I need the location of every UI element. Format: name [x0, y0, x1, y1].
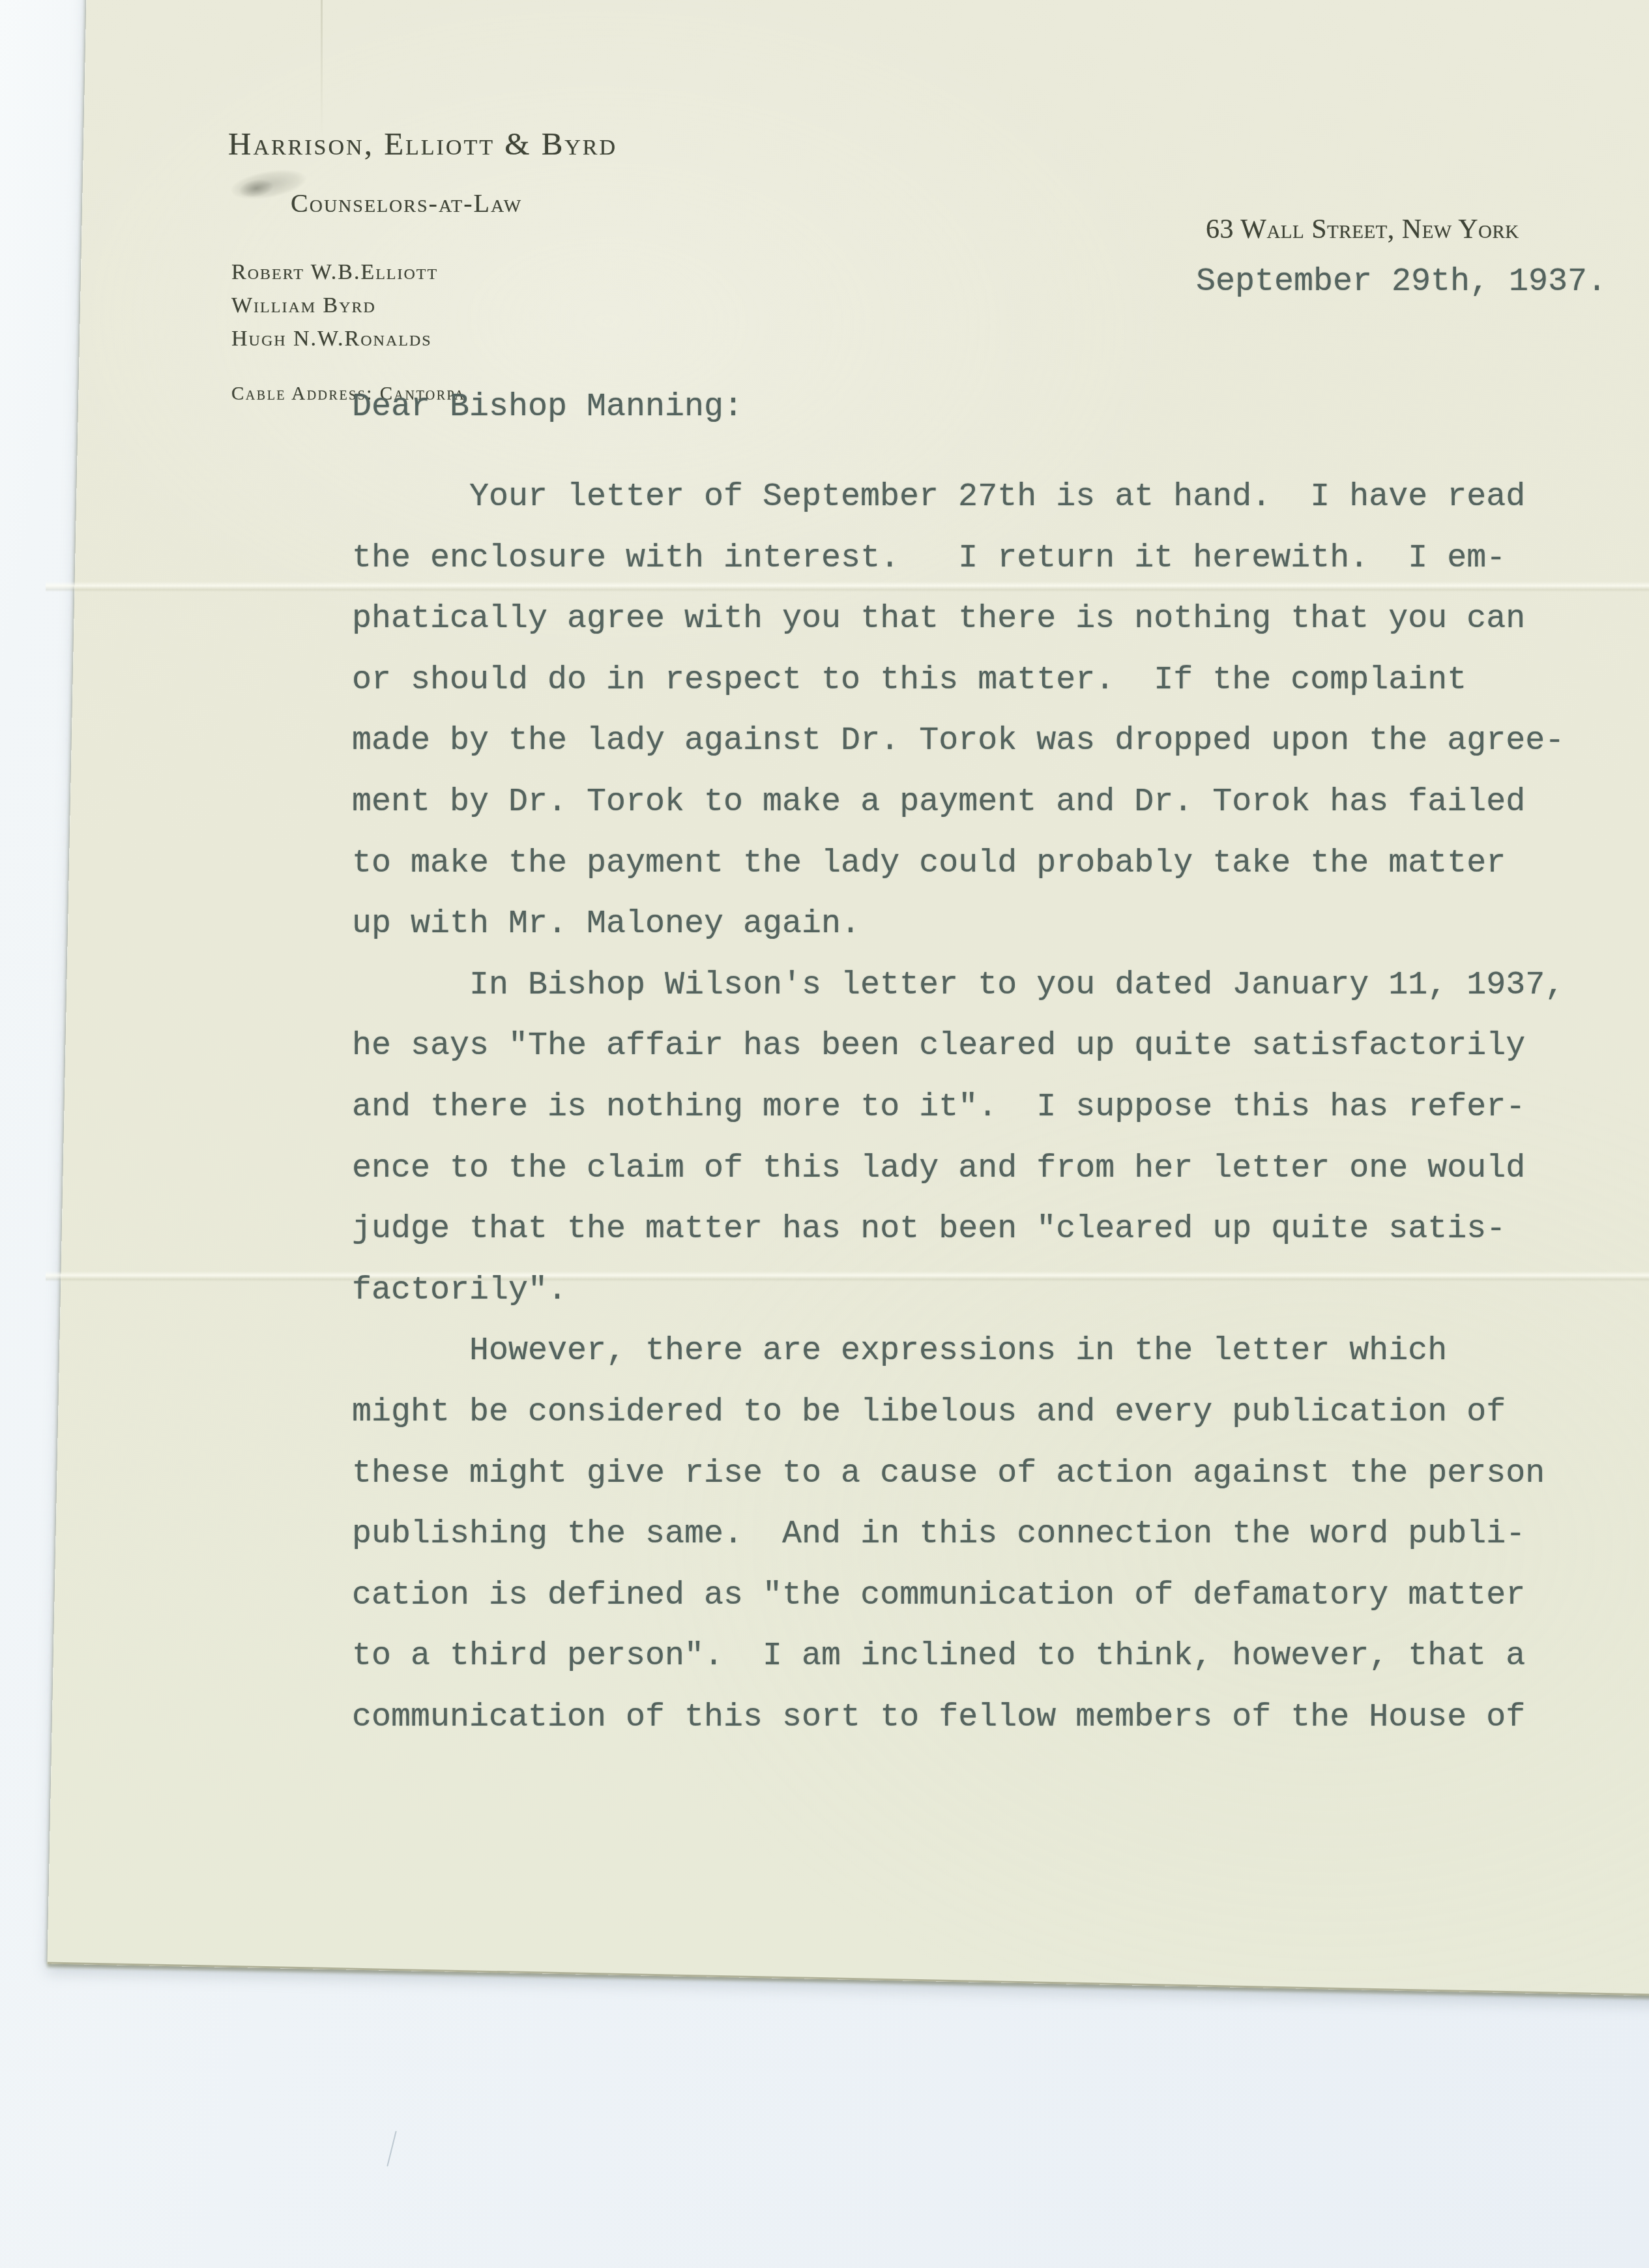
body-line: up with Mr. Maloney again.: [352, 894, 1564, 955]
vertical-crease: [321, 0, 323, 137]
body-line: factorily".: [352, 1260, 1564, 1321]
scanned-letter: Harrison, Elliott & Byrd Counselors-at-L…: [0, 0, 1649, 2268]
partner-name: Hugh N.W.Ronalds: [231, 322, 438, 355]
partner-name: William Byrd: [231, 289, 438, 322]
body-line: the enclosure with interest. I return it…: [352, 528, 1564, 589]
office-address: 63 Wall Street, New York: [1206, 214, 1519, 245]
letter-date: September 29th, 1937.: [1196, 263, 1607, 301]
partners-list: Robert W.B.ElliottWilliam ByrdHugh N.W.R…: [231, 256, 438, 355]
body-line: made by the lady against Dr. Torok was d…: [352, 711, 1564, 772]
salutation: Dear Bishop Manning:: [352, 389, 743, 426]
body-line: judge that the matter has not been "clea…: [352, 1199, 1564, 1260]
body-line: Your letter of September 27th is at hand…: [352, 467, 1564, 528]
body-line: he says "The affair has been cleared up …: [352, 1016, 1564, 1077]
letterhead-subtitle: Counselors-at-Law: [291, 188, 522, 218]
body-line: to make the payment the lady could proba…: [352, 833, 1564, 894]
body-line: publishing the same. And in this connect…: [352, 1504, 1564, 1565]
scanner-hair-mark: [387, 2131, 396, 2167]
body-line: cation is defined as "the communication …: [352, 1565, 1564, 1627]
body-line: However, there are expressions in the le…: [352, 1321, 1564, 1382]
body-line: might be considered to be libelous and e…: [352, 1382, 1564, 1443]
letter-body: Your letter of September 27th is at hand…: [352, 467, 1564, 1748]
body-line: these might give rise to a cause of acti…: [352, 1443, 1564, 1505]
body-line: ence to the claim of this lady and from …: [352, 1138, 1564, 1200]
body-line: communication of this sort to fellow mem…: [352, 1687, 1564, 1748]
body-line: to a third person". I am inclined to thi…: [352, 1626, 1564, 1687]
body-line: or should do in respect to this matter. …: [352, 650, 1564, 711]
body-line: and there is nothing more to it". I supp…: [352, 1077, 1564, 1138]
letterhead-firm-name: Harrison, Elliott & Byrd: [228, 125, 617, 162]
body-line: phatically agree with you that there is …: [352, 589, 1564, 650]
body-line: In Bishop Wilson's letter to you dated J…: [352, 955, 1564, 1016]
body-line: ment by Dr. Torok to make a payment and …: [352, 772, 1564, 833]
partner-name: Robert W.B.Elliott: [231, 256, 438, 289]
